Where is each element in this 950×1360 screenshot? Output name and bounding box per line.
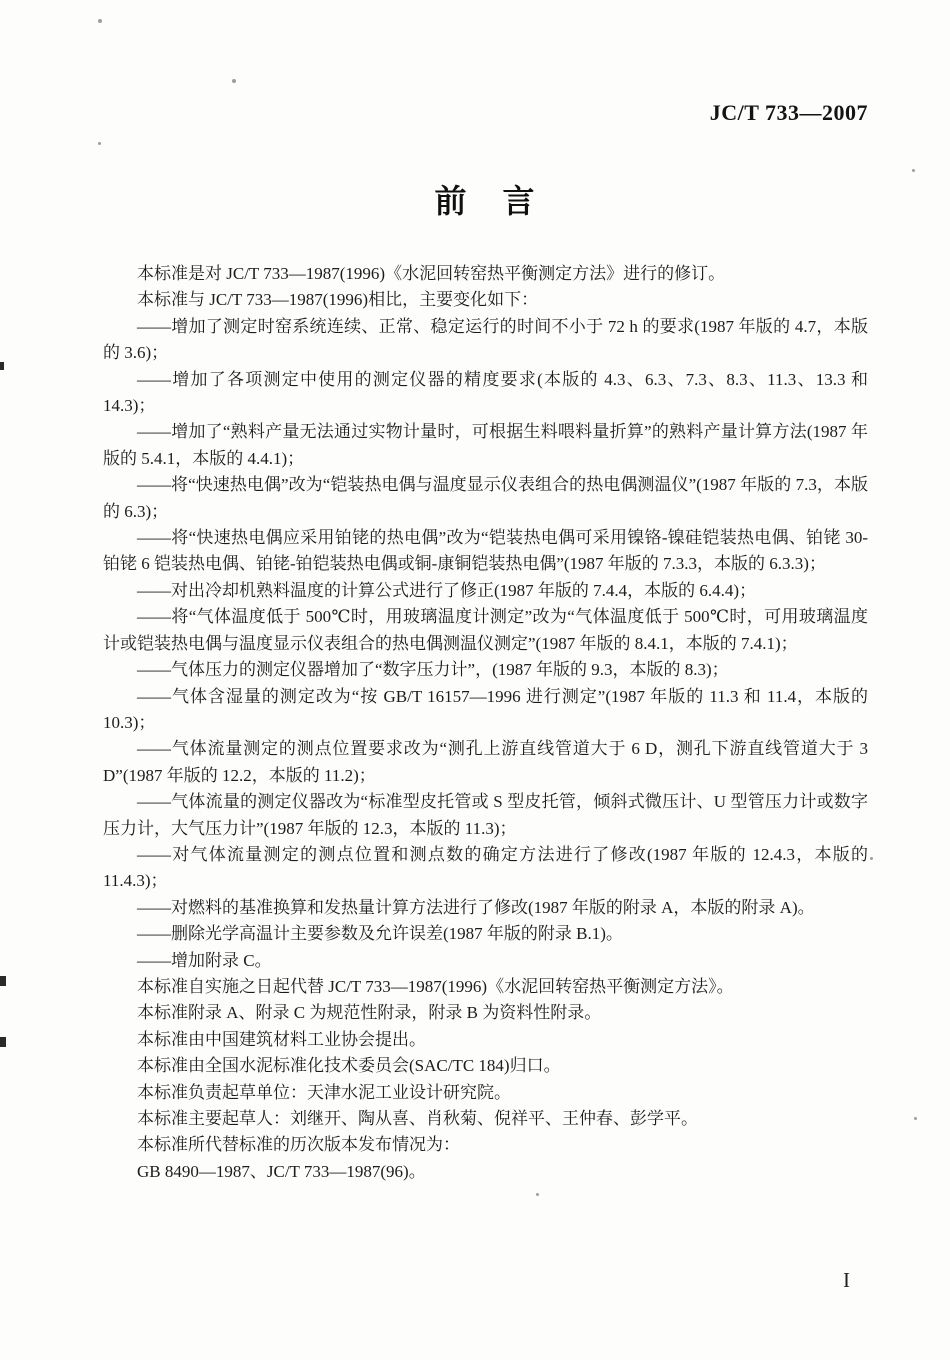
- scan-speck: [870, 857, 873, 860]
- foreword-paragraph: ——增加附录 C。: [103, 948, 868, 974]
- foreword-paragraph: 本标准附录 A、附录 C 为规范性附录，附录 B 为资料性附录。: [103, 1000, 868, 1026]
- foreword-paragraph: GB 8490—1987、JC/T 733—1987(96)。: [103, 1159, 868, 1185]
- scan-speck: [912, 169, 915, 172]
- foreword-paragraph: 本标准所代替标准的历次版本发布情况为：: [103, 1132, 868, 1158]
- foreword-title: 前 言: [103, 176, 868, 222]
- foreword-paragraph: ——气体含湿量的测定改为“按 GB/T 16157—1996 进行测定”(198…: [103, 684, 868, 737]
- scan-edge-mark: [0, 362, 4, 370]
- foreword-paragraph: 本标准与 JC/T 733—1987(1996)相比，主要变化如下：: [103, 287, 868, 313]
- foreword-paragraph: ——将“快速热电偶应采用铂铑的热电偶”改为“铠装热电偶可采用镍铬-镍硅铠装热电偶…: [103, 525, 868, 578]
- document-page: JC/T 733—2007 前 言 本标准是对 JC/T 733—1987(19…: [0, 0, 950, 1360]
- foreword-paragraph: ——增加了“熟料产量无法通过实物计量时，可根据生料喂料量折算”的熟料产量计算方法…: [103, 419, 868, 472]
- foreword-paragraph: ——将“快速热电偶”改为“铠装热电偶与温度显示仪表组合的热电偶测温仪”(1987…: [103, 472, 868, 525]
- scan-speck: [536, 1193, 539, 1196]
- foreword-paragraph: ——将“气体温度低于 500℃时，用玻璃温度计测定”改为“气体温度低于 500℃…: [103, 604, 868, 657]
- foreword-paragraph: 本标准负责起草单位：天津水泥工业设计研究院。: [103, 1080, 868, 1106]
- foreword-paragraph: 本标准自实施之日起代替 JC/T 733—1987(1996)《水泥回转窑热平衡…: [103, 974, 868, 1000]
- foreword-paragraph: ——对出冷却机熟料温度的计算公式进行了修正(1987 年版的 7.4.4，本版的…: [103, 578, 868, 604]
- foreword-body: 本标准是对 JC/T 733—1987(1996)《水泥回转窑热平衡测定方法》进…: [103, 261, 868, 1185]
- scan-speck: [98, 19, 102, 23]
- standard-code-label: JC/T 733—2007: [710, 100, 868, 125]
- page-number: I: [843, 1268, 850, 1293]
- foreword-paragraph: 本标准由中国建筑材料工业协会提出。: [103, 1027, 868, 1053]
- foreword-paragraph: ——对燃料的基准换算和发热量计算方法进行了修改(1987 年版的附录 A，本版的…: [103, 895, 868, 921]
- foreword-paragraph: ——删除光学高温计主要参数及允许误差(1987 年版的附录 B.1)。: [103, 921, 868, 947]
- foreword-paragraph: ——增加了各项测定中使用的测定仪器的精度要求(本版的 4.3、6.3、7.3、8…: [103, 367, 868, 420]
- foreword-paragraph: 本标准由全国水泥标准化技术委员会(SAC/TC 184)归口。: [103, 1053, 868, 1079]
- scan-speck: [232, 79, 236, 83]
- scan-speck: [280, 1043, 283, 1046]
- scan-speck: [914, 1117, 917, 1120]
- foreword-paragraph: ——气体流量测定的测点位置要求改为“测孔上游直线管道大于 6 D，测孔下游直线管…: [103, 736, 868, 789]
- foreword-paragraph: 本标准主要起草人：刘继开、陶从喜、肖秋菊、倪祥平、王仲春、彭学平。: [103, 1106, 868, 1132]
- foreword-paragraph: ——气体流量的测定仪器改为“标准型皮托管或 S 型皮托管，倾斜式微压计、U 型管…: [103, 789, 868, 842]
- foreword-paragraph: ——气体压力的测定仪器增加了“数字压力计”，(1987 年版的 9.3，本版的 …: [103, 657, 868, 683]
- scan-edge-mark: [0, 976, 6, 986]
- page-header: JC/T 733—2007: [103, 100, 868, 126]
- foreword-paragraph: 本标准是对 JC/T 733—1987(1996)《水泥回转窑热平衡测定方法》进…: [103, 261, 868, 287]
- scan-speck: [98, 142, 101, 145]
- scan-edge-mark: [0, 1037, 6, 1047]
- foreword-paragraph: ——增加了测定时窑系统连续、正常、稳定运行的时间不小于 72 h 的要求(198…: [103, 314, 868, 367]
- foreword-paragraph: ——对气体流量测定的测点位置和测点数的确定方法进行了修改(1987 年版的 12…: [103, 842, 868, 895]
